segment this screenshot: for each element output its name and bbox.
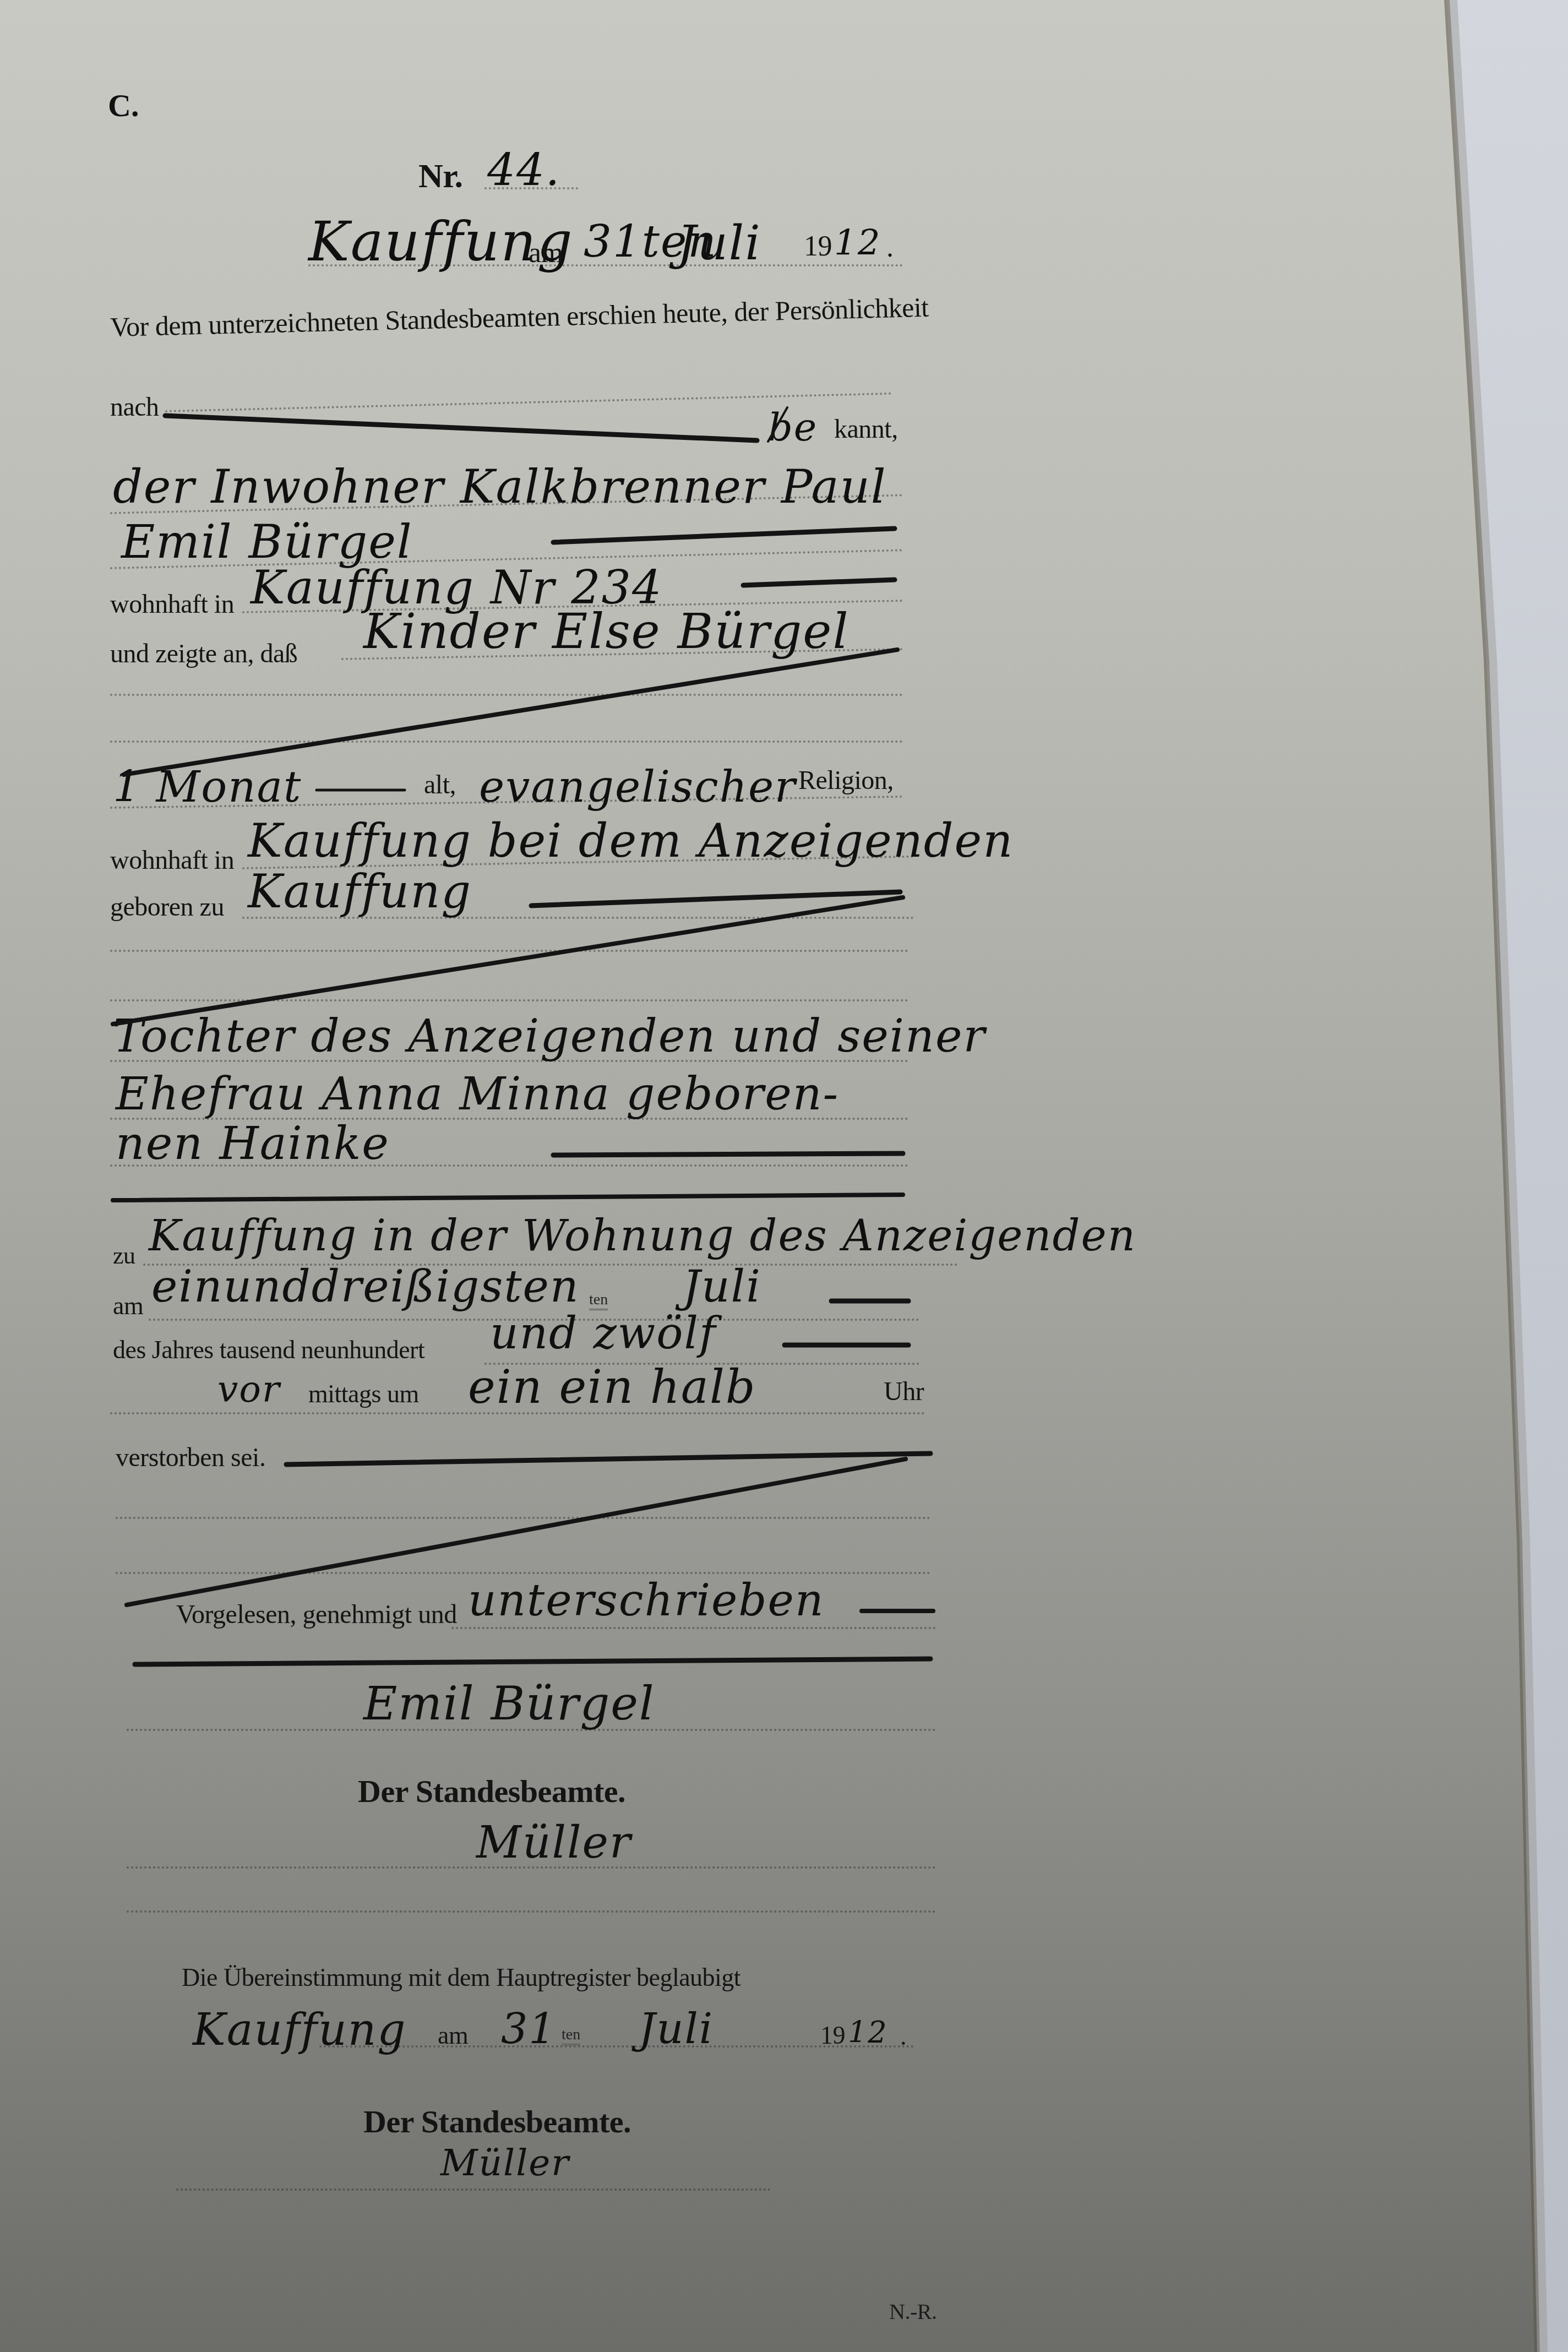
pen-strike-lines [0,0,1568,2352]
